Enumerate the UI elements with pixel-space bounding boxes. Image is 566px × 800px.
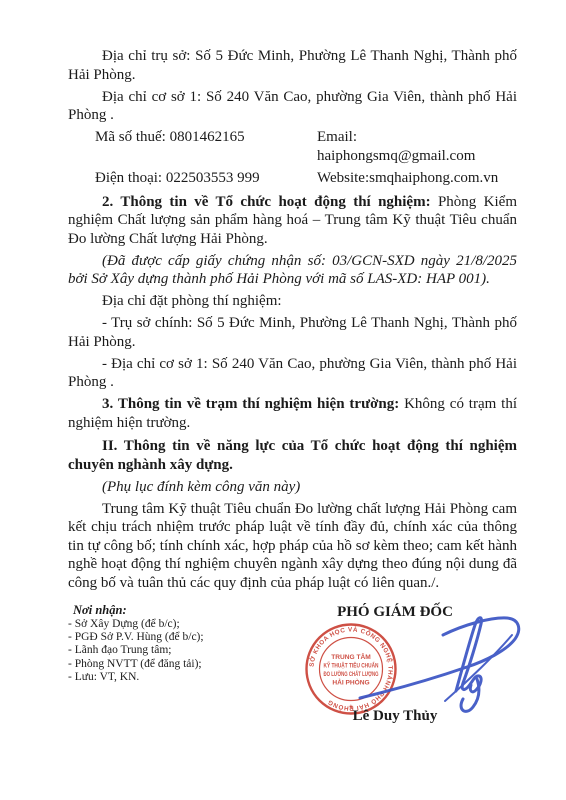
- commitment-paragraph: Trung tâm Kỹ thuật Tiêu chuẩn Đo lường c…: [68, 500, 517, 593]
- lab-address-main: - Trụ sở chính: Số 5 Đức Minh, Phường Lê…: [68, 314, 517, 351]
- list-item: - Lãnh đạo Trung tâm;: [68, 644, 318, 657]
- address-branch1: Địa chỉ cơ sở 1: Số 240 Văn Cao, phường …: [68, 88, 517, 125]
- signer-name: Lê Duy Thủy: [295, 707, 495, 726]
- list-item: - PGĐ Sở P.V. Hùng (để b/c);: [68, 631, 318, 644]
- section-II-heading: II. Thông tin về năng lực của Tổ chức ho…: [68, 437, 517, 474]
- list-item: - Phòng NVTT (để đăng tải);: [68, 658, 318, 671]
- lab-address-branch: - Địa chỉ cơ sở 1: Số 240 Văn Cao, phườn…: [68, 355, 517, 392]
- list-item: - Sở Xây Dựng (để b/c);: [68, 618, 318, 631]
- appendix-note: (Phụ lục đính kèm công văn này): [68, 478, 517, 497]
- tax-code: Mã số thuế: 0801462165: [95, 128, 317, 165]
- document-page: Địa chỉ trụ sở: Số 5 Đức Minh, Phường Lê…: [0, 0, 566, 800]
- lab-address-intro: Địa chỉ đặt phòng thí nghiệm:: [68, 292, 517, 311]
- phone-text: Điện thoại: 022503553 999: [95, 169, 317, 188]
- contact-row-2: Điện thoại: 022503553 999 Website:smqhai…: [68, 169, 517, 188]
- signature-footer: Nơi nhận: - Sở Xây Dựng (để b/c); - PGĐ …: [68, 603, 517, 753]
- email-text: Email: haiphongsmq@gmail.com: [317, 128, 517, 165]
- certificate-note: (Đã được cấp giấy chứng nhận số: 03/GCN-…: [68, 252, 517, 289]
- list-item: - Lưu: VT, KN.: [68, 671, 318, 684]
- section-3-heading: 3. Thông tin về trạm thí nghiệm hiện trư…: [102, 396, 399, 412]
- website-text: Website:smqhaiphong.com.vn: [317, 169, 517, 188]
- contact-row-1: Mã số thuế: 0801462165 Email: haiphongsm…: [68, 128, 517, 165]
- recipients-block: Nơi nhận: - Sở Xây Dựng (để b/c); - PGĐ …: [68, 603, 318, 684]
- section-2-heading: 2. Thông tin về Tổ chức hoạt động thí ng…: [102, 194, 431, 210]
- signer-block: PHÓ GIÁM ĐỐC SỞ KHOA HỌC VÀ CÔNG NGHỆ TH…: [295, 603, 495, 753]
- recipients-list: - Sở Xây Dựng (để b/c); - PGĐ Sở P.V. Hù…: [68, 618, 318, 684]
- signature-stroke-flourish: [360, 618, 519, 698]
- recipients-title: Nơi nhận:: [68, 603, 318, 617]
- section-3-paragraph: 3. Thông tin về trạm thí nghiệm hiện trư…: [68, 395, 517, 432]
- handwritten-signature: [323, 603, 537, 723]
- address-hq: Địa chỉ trụ sở: Số 5 Đức Minh, Phường Lê…: [68, 47, 517, 84]
- section-2-paragraph: 2. Thông tin về Tổ chức hoạt động thí ng…: [68, 193, 517, 249]
